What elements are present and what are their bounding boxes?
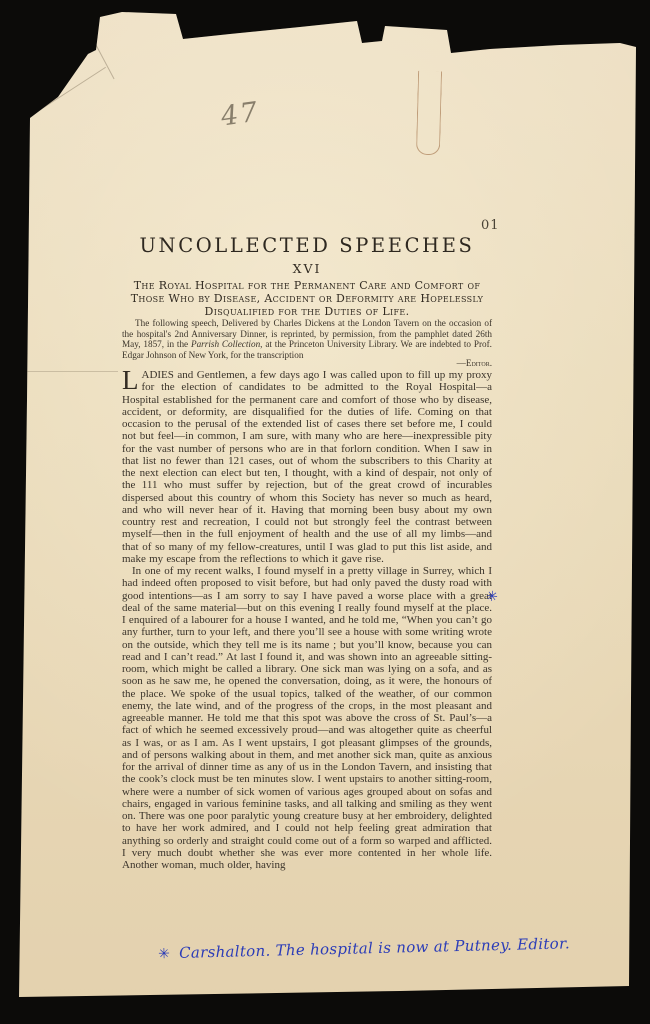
scanned-photograph: 47 01 UNCOLLECTED SPEECHES XVI The Royal…: [0, 0, 650, 1024]
margin-asterisk-annotation: ✳: [485, 588, 499, 605]
paperclip-rust-mark: [416, 71, 442, 156]
speech-body: LADIES and Gentlemen, a few days ago I w…: [122, 369, 492, 959]
speech-paragraph-1: LADIES and Gentlemen, a few days ago I w…: [122, 369, 492, 565]
editor-note: The following speech, Delivered by Charl…: [122, 318, 492, 369]
heading-line-2: Those Who by Disease, Accident or Deform…: [122, 293, 492, 306]
heading-line-3: Disqualified for the Duties of Life.: [122, 306, 492, 319]
section-number: XVI: [122, 261, 492, 276]
note-asterisk-icon: ✳: [158, 946, 170, 962]
document-page: 47 01 UNCOLLECTED SPEECHES XVI The Royal…: [0, 0, 650, 1024]
pencil-page-number: 47: [219, 96, 261, 132]
heading-line-1: The Royal Hospital for the Permanent Car…: [122, 280, 492, 293]
speech-heading: The Royal Hospital for the Permanent Car…: [122, 280, 492, 318]
paper-crease: [40, 67, 106, 110]
speech-paragraph-2: In one of my recent walks, I found mysel…: [122, 565, 492, 871]
drop-cap: L: [122, 369, 142, 391]
page-title: UNCOLLECTED SPEECHES: [122, 234, 492, 257]
editor-note-signature: —Editor.: [122, 359, 492, 369]
editor-note-source-italic: Parrish Collection: [191, 339, 260, 349]
paragraph-1-text: ADIES and Gentlemen, a few days ago I wa…: [122, 369, 492, 565]
printed-folio-number: 01: [481, 218, 500, 233]
paper-crease: [22, 371, 118, 372]
